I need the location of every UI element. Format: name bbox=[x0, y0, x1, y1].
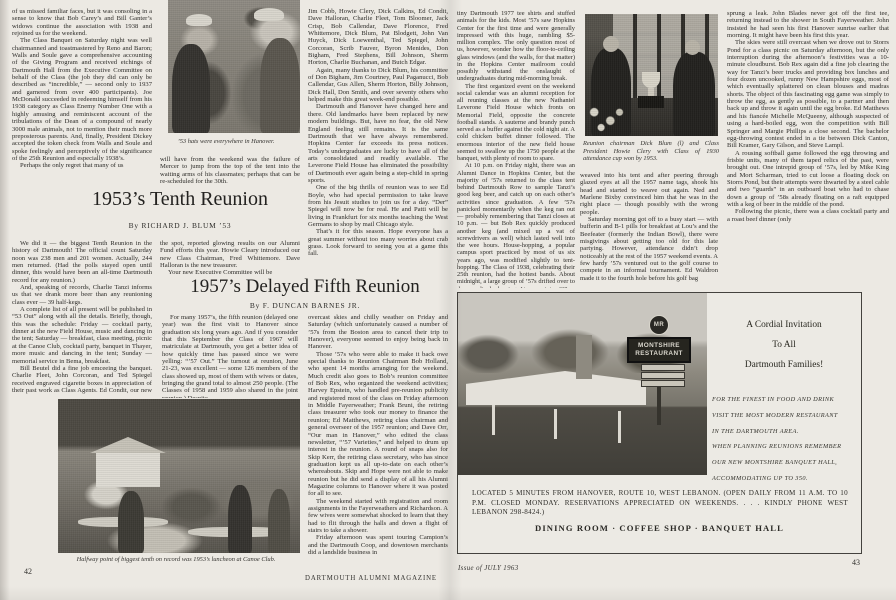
paragraph: IN THE DARTMOUTH AREA. bbox=[712, 427, 856, 436]
ad-location-text: LOCATED 5 MINUTES FROM HANOVER, ROUTE 10… bbox=[472, 489, 848, 518]
paragraph: A rousing softball game followed the egg… bbox=[727, 150, 889, 209]
face-shape bbox=[603, 36, 619, 52]
sign-line-2: RESTAURANT bbox=[629, 350, 689, 358]
ad-invite-line: To All bbox=[716, 335, 852, 355]
photo-trophy-presentation bbox=[585, 14, 718, 136]
col-1957-right-2: weaved into his tent and after peering t… bbox=[580, 172, 718, 289]
fence-post bbox=[554, 409, 557, 439]
figure-silhouette bbox=[260, 38, 300, 133]
paragraph: Saturday morning got off to a busy start… bbox=[580, 216, 718, 282]
sign-small-panel bbox=[641, 364, 685, 371]
paragraph: We did it — the biggest Tenth Reunion in… bbox=[12, 240, 152, 284]
paragraph: WHEN PLANNING REUNIONS REMEMBER bbox=[712, 442, 856, 451]
paragraph: VISIT THE MOST MODERN RESTAURANT bbox=[712, 411, 856, 420]
byline-richard-blum: By RICHARD J. BLUM ’53 bbox=[40, 221, 320, 230]
hat-shape bbox=[254, 8, 284, 21]
paragraph: Jim Cobb, Howie Clery, Dick Calkins, Ed … bbox=[308, 8, 448, 67]
paragraph: the spot, reported glowing results on ou… bbox=[160, 240, 300, 269]
ad-services-line: DINING ROOM · COFFEE SHOP · BANQUET HALL bbox=[458, 523, 861, 533]
page-number-42: 42 bbox=[24, 567, 32, 576]
figure-silhouette bbox=[118, 491, 144, 553]
paragraph: A complete list of all present will be p… bbox=[12, 306, 152, 365]
page-right: tiny Dartmouth 1977 tee shirts and stuff… bbox=[452, 0, 896, 600]
page-left: of us missed familiar faces, but it was … bbox=[0, 0, 452, 600]
photo-canoe-club-luncheon bbox=[58, 399, 300, 553]
chimney-shape bbox=[576, 335, 592, 379]
paragraph: That’s it for this season. Hope everyone… bbox=[308, 228, 448, 257]
paragraph: Again, many thanks to Dick Blum, his com… bbox=[308, 67, 448, 104]
trophy-base bbox=[638, 96, 664, 108]
paragraph: sprung a leak. John Blades never got off… bbox=[727, 10, 889, 39]
flowers-shape bbox=[585, 102, 631, 136]
hat-shape bbox=[186, 14, 212, 26]
col-1953-body-1: We did it — the biggest Tenth Reunion in… bbox=[12, 240, 152, 396]
col-1957-left-b: overcast skies and chilly weather on Fri… bbox=[308, 314, 448, 570]
sign-small-panel bbox=[641, 380, 685, 387]
fence-post bbox=[492, 405, 495, 435]
paragraph: For many 1957’s, the fifth reunion (dela… bbox=[162, 314, 298, 398]
headline-1953-tenth-reunion: 1953’s Tenth Reunion bbox=[40, 188, 320, 211]
ad-restaurant-photo: MR MONTSHIRE RESTAURANT bbox=[458, 293, 707, 475]
paragraph: FOR THE FINEST IN FOOD AND DRINK bbox=[712, 395, 856, 404]
paragraph: OUR NEW MONTSHIRE BANQUET HALL, bbox=[712, 458, 856, 467]
restaurant-building-shape bbox=[466, 371, 646, 405]
page-number-43: 43 bbox=[852, 558, 860, 567]
paragraph: ACCOMMODATING UP TO 350. bbox=[712, 474, 856, 483]
figure-silhouette bbox=[268, 489, 290, 553]
col-1938-end: of us missed familiar faces, but it was … bbox=[12, 8, 152, 180]
paragraph: of us missed familiar faces, but it was … bbox=[12, 8, 152, 37]
figure-silhouette bbox=[172, 44, 210, 133]
paragraph: Following the picnic, there was a class … bbox=[727, 208, 889, 223]
paragraph: weaved into his tent and after peering t… bbox=[580, 172, 718, 216]
col-1957-right-1: tiny Dartmouth 1977 tee shirts and stuff… bbox=[457, 10, 575, 288]
ad-invite-line: Dartmouth Families! bbox=[716, 355, 852, 375]
paragraph: The Class Banquet on Saturday night was … bbox=[12, 37, 152, 162]
paragraph: The first organized event on the weekend… bbox=[457, 83, 575, 163]
photo-53-hats-crowd bbox=[168, 0, 300, 133]
ad-invitation-headline: A Cordial Invitation To All Dartmouth Fa… bbox=[716, 315, 852, 375]
paragraph: overcast skies and chilly weather on Fri… bbox=[308, 314, 448, 351]
ad-body-copy: FOR THE FINEST IN FOOD AND DRINKVISIT TH… bbox=[712, 389, 856, 490]
paragraph: Bill Beutel did a fine job emceeing the … bbox=[12, 365, 152, 396]
paragraph: Perhaps the only regret that many of us bbox=[12, 162, 152, 169]
col-1957-left-a: For many 1957’s, the fifth reunion (dela… bbox=[162, 314, 298, 398]
paragraph: The skies were still overcast when we dr… bbox=[727, 39, 889, 149]
sign-post bbox=[657, 387, 661, 425]
paragraph: Those ’57s who were able to make it back… bbox=[308, 351, 448, 498]
footer-magazine-name: DARTMOUTH ALUMNI MAGAZINE bbox=[290, 575, 452, 582]
paragraph: tiny Dartmouth 1977 tee shirts and stuff… bbox=[457, 10, 575, 83]
fence-post bbox=[618, 411, 621, 443]
figure-silhouette bbox=[673, 52, 715, 136]
caption-trophy: Reunion chairman Dick Blum (l) and Class… bbox=[583, 140, 719, 163]
headline-1957-delayed-fifth-reunion: 1957’s Delayed Fifth Reunion bbox=[160, 276, 450, 298]
col-1938-continuation: will have from the weekend was the failu… bbox=[160, 156, 300, 188]
footer-issue-date: Issue of JULY 1963 bbox=[458, 565, 519, 572]
col-1953-body-2: the spot, reported glowing results on ou… bbox=[160, 240, 300, 276]
paragraph: One of the big thrills of reunion was to… bbox=[308, 184, 448, 228]
col-1957-right-3: sprung a leak. John Blades never got off… bbox=[727, 10, 889, 287]
montshire-roadside-sign: MR MONTSHIRE RESTAURANT bbox=[627, 315, 691, 425]
house-shape bbox=[96, 453, 160, 487]
mr-logo-icon: MR bbox=[649, 315, 669, 335]
paragraph: will have from the weekend was the failu… bbox=[160, 156, 300, 185]
face-shape bbox=[685, 40, 700, 55]
montshire-restaurant-ad: MR MONTSHIRE RESTAURANT A Cordial Invita… bbox=[457, 292, 862, 554]
byline-duncan-barnes: By F. DUNCAN BARNES JR. bbox=[160, 301, 450, 310]
issue-date-text: Issue of JULY 1963 bbox=[458, 565, 519, 572]
paragraph: Dartmouth and Hanover have changed here … bbox=[308, 103, 448, 184]
paragraph: Your new Executive Committee will be bbox=[160, 269, 300, 276]
sign-small-panel bbox=[641, 372, 685, 379]
sign-panel: MONTSHIRE RESTAURANT bbox=[627, 337, 691, 363]
paragraph: At 10 p.m. on Friday night, there was an… bbox=[457, 162, 575, 288]
paragraph: The weekend started with registration an… bbox=[308, 498, 448, 535]
paragraph: And, speaking of records, Charlie Tanzi … bbox=[12, 284, 152, 306]
paragraph: Friday afternoon was spent touring Campi… bbox=[308, 534, 448, 556]
magazine-spread: of us missed familiar faces, but it was … bbox=[0, 0, 896, 600]
ad-invite-line: A Cordial Invitation bbox=[716, 315, 852, 335]
caption-luncheon: Halfway point of biggest tenth on record… bbox=[40, 556, 312, 564]
caption-53-hats: ’53 hats were everywhere in Hanover. bbox=[152, 138, 300, 146]
sign-line-1: MONTSHIRE bbox=[629, 342, 689, 350]
